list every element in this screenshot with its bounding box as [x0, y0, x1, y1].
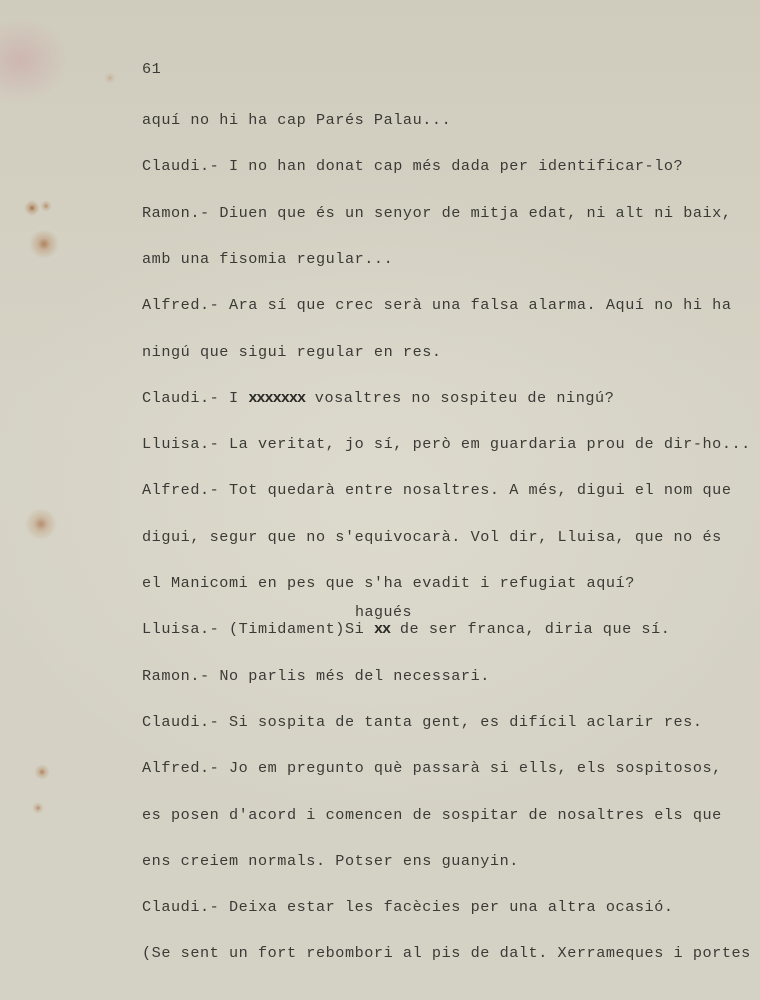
rust-stain — [104, 72, 116, 84]
line-text: digui, segur que no s'equivocarà. Vol di… — [142, 528, 722, 546]
dialogue-line: Ramon.- Diuen que és un senyor de mitja … — [142, 204, 732, 222]
dialogue-line: Alfred.- Tot quedarà entre nosaltres. A … — [142, 481, 732, 499]
line-text: (Timidament)Si — [219, 620, 374, 638]
rust-stain — [28, 230, 60, 258]
line-text: de ser franca, diria que sí. — [390, 620, 670, 638]
speaker-name: Claudi.- — [142, 389, 219, 407]
dialogue-line: Alfred.- Ara sí que crec serà una falsa … — [142, 296, 732, 314]
continuation-line: ens creiem normals. Potser ens guanyin. — [142, 852, 519, 870]
continuation-line: es posen d'acord i comencen de sospitar … — [142, 806, 722, 824]
line-text: No parlis més del necessari. — [210, 667, 490, 685]
dialogue-line: Claudi.- Deixa estar les facècies per un… — [142, 898, 674, 916]
speaker-name: Ramon.- — [142, 204, 210, 222]
dialogue-line: Alfred.- Jo em pregunto què passarà si e… — [142, 759, 722, 777]
typed-insertion: hagués — [355, 604, 412, 621]
line-text: ens creiem normals. Potser ens guanyin. — [142, 852, 519, 870]
line-text: amb una fisomia regular... — [142, 250, 393, 268]
rust-stain — [40, 200, 52, 212]
line-text: el Manicomi en pes que s'ha evadit i ref… — [142, 574, 635, 592]
struck-out-text: xx — [374, 620, 390, 638]
dialogue-line: Claudi.- I no han donat cap més dada per… — [142, 157, 683, 175]
dialogue-line: Claudi.- Si sospita de tanta gent, es di… — [142, 713, 703, 731]
line-text: Ara sí que crec serà una falsa alarma. A… — [219, 296, 731, 314]
page-number: 61 — [142, 60, 161, 78]
line-text: ningú que sigui regular en res. — [142, 343, 442, 361]
line-text: aquí no hi ha cap Parés Palau... — [142, 111, 451, 129]
line-text: Jo em pregunto què passarà si ells, els … — [219, 759, 722, 777]
speaker-name: Alfred.- — [142, 296, 219, 314]
continuation-line: (Se sent un fort rebombori al pis de dal… — [142, 944, 751, 962]
continuation-line: el Manicomi en pes que s'ha evadit i ref… — [142, 574, 635, 592]
speaker-name: Alfred.- — [142, 759, 219, 777]
dialogue-line: Lluisa.- (Timidament)Si xx de ser franca… — [142, 620, 670, 638]
line-text: es posen d'acord i comencen de sospitar … — [142, 806, 722, 824]
speaker-name: Lluisa.- — [142, 620, 219, 638]
line-text: La veritat, jo sí, però em guardaria pro… — [219, 435, 751, 453]
speaker-name: Lluisa.- — [142, 435, 219, 453]
struck-out-text: xxxxxxx — [248, 389, 305, 407]
rust-stain — [32, 802, 44, 814]
line-text: Tot quedarà entre nosaltres. A més, digu… — [219, 481, 731, 499]
rust-stain — [34, 764, 50, 780]
continuation-line: amb una fisomia regular... — [142, 250, 393, 268]
rust-stain — [24, 200, 40, 216]
line-text: vosaltres no sospiteu de ningú? — [305, 389, 614, 407]
continuation-line: digui, segur que no s'equivocarà. Vol di… — [142, 528, 722, 546]
speaker-name: Claudi.- — [142, 713, 219, 731]
dialogue-line: Lluisa.- La veritat, jo sí, però em guar… — [142, 435, 751, 453]
speaker-name: Alfred.- — [142, 481, 219, 499]
dialogue-line: Ramon.- No parlis més del necessari. — [142, 667, 490, 685]
speaker-name: Claudi.- — [142, 898, 219, 916]
continuation-line: ningú que sigui regular en res. — [142, 343, 442, 361]
line-text: I — [219, 389, 248, 407]
dialogue-line: Claudi.- I xxxxxxx vosaltres no sospiteu… — [142, 389, 614, 407]
continuation-line: aquí no hi ha cap Parés Palau... — [142, 111, 451, 129]
speaker-name: Claudi.- — [142, 157, 219, 175]
line-text: I no han donat cap més dada per identifi… — [219, 157, 683, 175]
typewritten-page: 61 aquí no hi ha cap Parés Palau...Claud… — [0, 0, 760, 1000]
line-text: Si sospita de tanta gent, es difícil acl… — [219, 713, 702, 731]
rust-stain — [24, 508, 58, 540]
line-text: (Se sent un fort rebombori al pis de dal… — [142, 944, 751, 962]
speaker-name: Ramon.- — [142, 667, 210, 685]
line-text: Deixa estar les facècies per una altra o… — [219, 898, 673, 916]
line-text: Diuen que és un senyor de mitja edat, ni… — [210, 204, 732, 222]
